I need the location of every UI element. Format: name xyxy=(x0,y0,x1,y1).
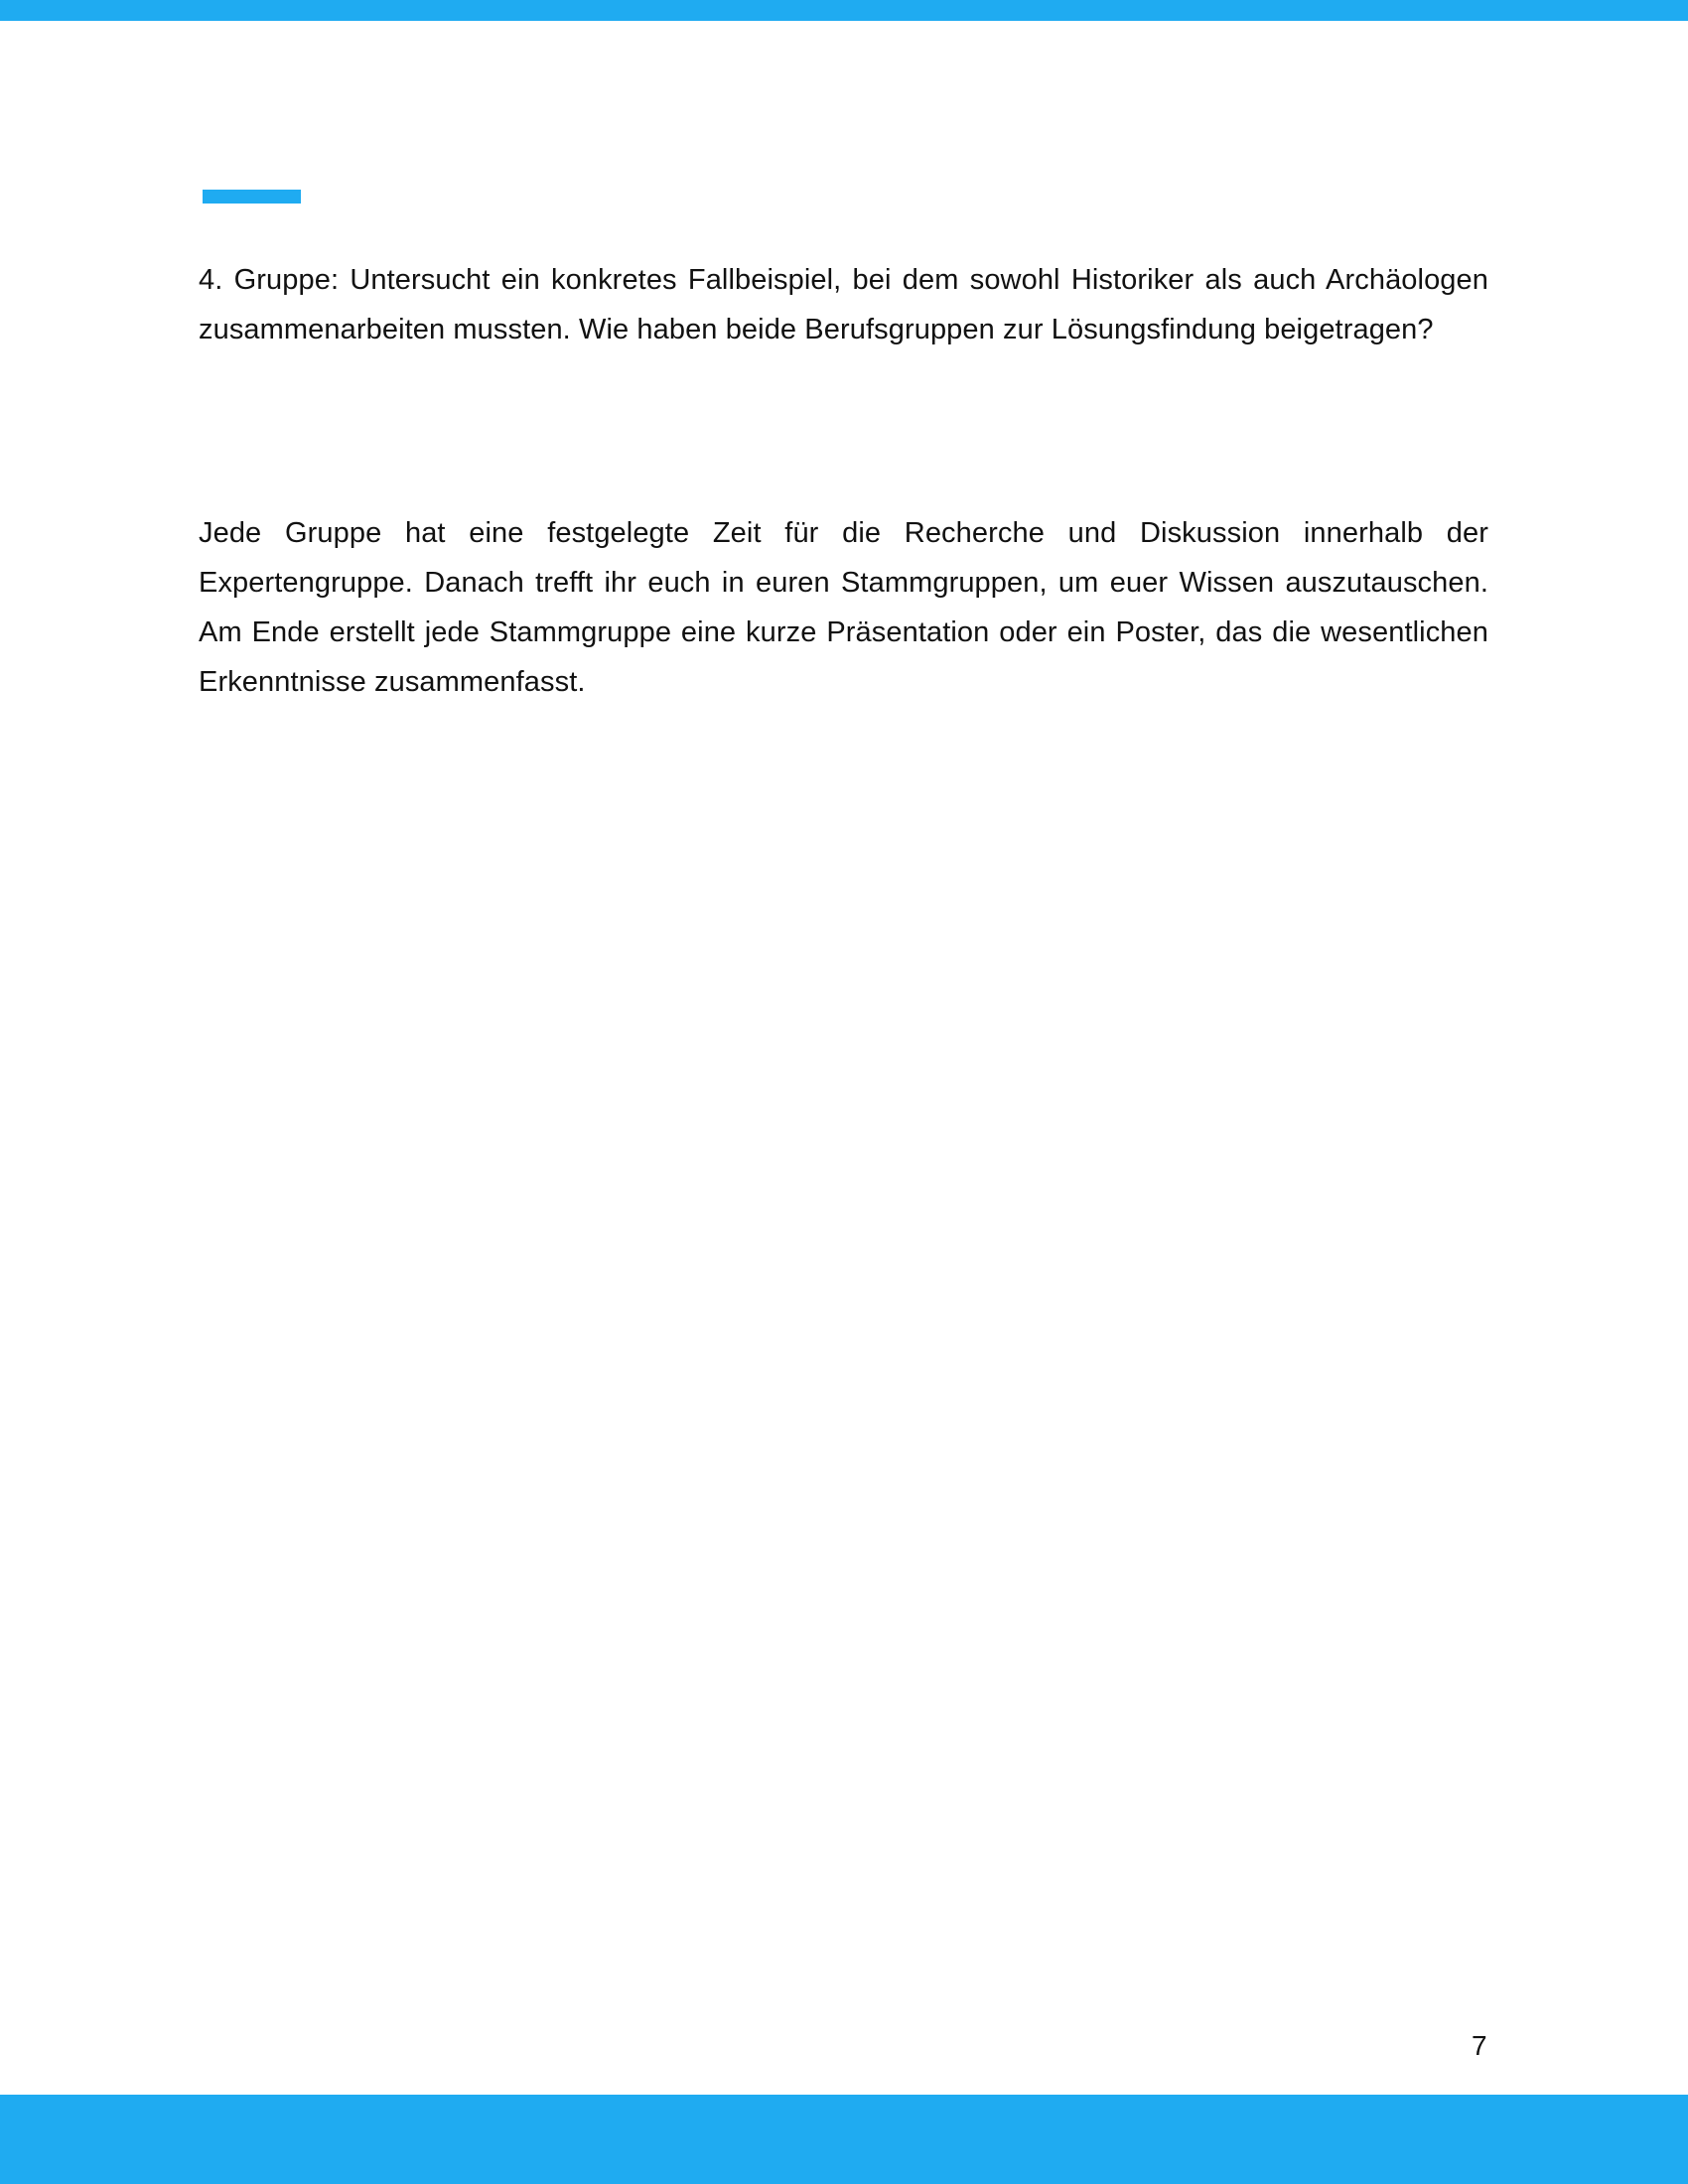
page-number: 7 xyxy=(1472,2028,1487,2064)
header-accent-band xyxy=(0,0,1688,21)
section-accent-bar xyxy=(203,190,301,204)
instructions-paragraph: Jede Gruppe hat eine festgelegte Zeit fü… xyxy=(199,508,1488,707)
footer-accent-band xyxy=(0,2095,1688,2184)
task-paragraph-group-4: 4. Gruppe: Untersucht ein konkretes Fall… xyxy=(199,255,1488,354)
